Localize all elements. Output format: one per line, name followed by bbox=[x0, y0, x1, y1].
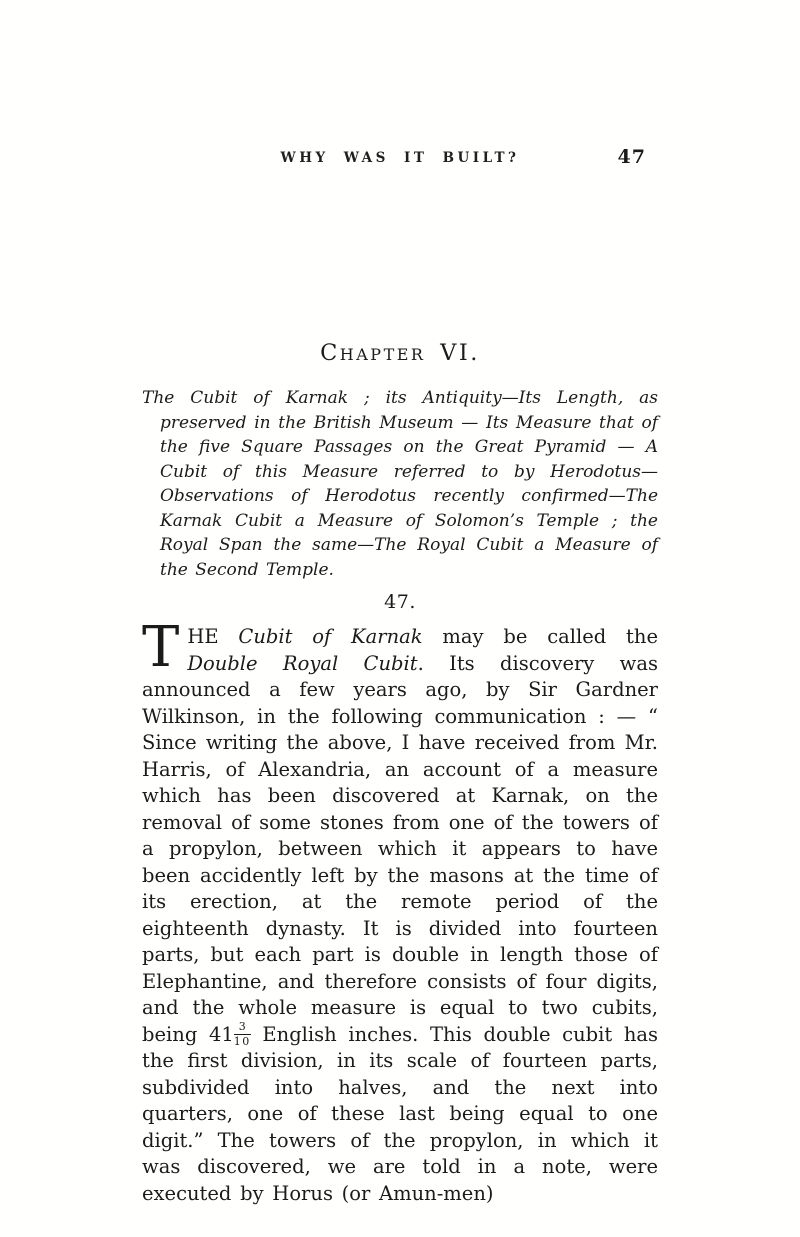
italic-double-royal-cubit: Double Royal Cubit bbox=[187, 652, 417, 675]
italic-cubit-of-karnak: Cubit of Karnak bbox=[238, 625, 422, 648]
body-segment: English inches. This double cubit has th… bbox=[142, 1023, 658, 1205]
running-header-title: WHY WAS IT BUILT? bbox=[142, 150, 658, 166]
book-page: WHY WAS IT BUILT? 47 Chapter VI. The Cub… bbox=[0, 0, 800, 1237]
body-paragraph: THE Cubit of Karnak may be called the Do… bbox=[142, 624, 658, 1207]
fraction-numerator: 3 bbox=[234, 1021, 251, 1035]
fraction-denominator: 10 bbox=[234, 1035, 251, 1048]
running-header: WHY WAS IT BUILT? 47 bbox=[142, 150, 658, 172]
text-column: WHY WAS IT BUILT? 47 Chapter VI. The Cub… bbox=[142, 0, 658, 1207]
page-number: 47 bbox=[618, 146, 646, 168]
fraction-three-tenths: 310 bbox=[234, 1021, 251, 1047]
body-segment: may be called the bbox=[423, 625, 658, 648]
body-segment: . Its discovery was announced a few year… bbox=[142, 652, 658, 1046]
chapter-heading: Chapter VI. bbox=[142, 340, 658, 366]
drop-cap: T bbox=[142, 624, 187, 669]
chapter-synopsis: The Cubit of Karnak ; its Antiquity—Its … bbox=[142, 386, 658, 582]
section-number: 47. bbox=[142, 591, 658, 613]
body-opening-caps: HE bbox=[187, 625, 238, 648]
